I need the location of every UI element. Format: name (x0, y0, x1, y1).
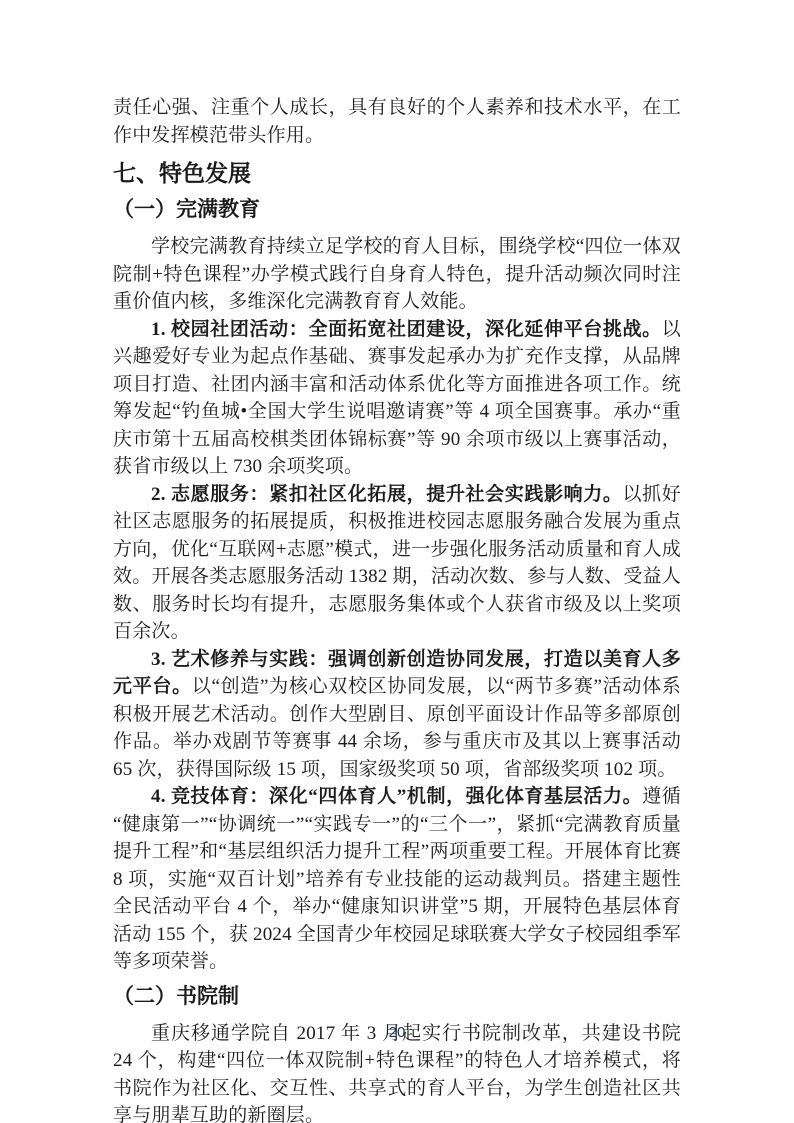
paragraph-4-text: 遵循“健康第一”“协调统一”“实践专一”的“三个一”，紧抓“完满教育质量提升工程… (113, 786, 681, 972)
subsection-heading-shuyuan-system: （二）书院制 (113, 983, 681, 1011)
paragraph-2-lead: 2. 志愿服务：紧扣社区化拓展，提升社会实践影响力。 (151, 484, 623, 505)
paragraph-1-text: 以兴趣爱好专业为起点作基础、赛事发起承办为扩充作支撑，从品牌项目打造、社团内涵丰… (113, 319, 681, 478)
numbered-paragraph-2: 2. 志愿服务：紧扣社区化拓展，提升社会实践影响力。以抓好社区志愿服务的拓展提质… (113, 481, 681, 646)
subsection-heading-wanman-education: （一）完满教育 (113, 196, 681, 224)
page-footer: 20 (0, 1024, 794, 1042)
document-page: 责任心强、注重个人成长，具有良好的个人素养和技术水平，在工作中发挥模范带头作用。… (0, 0, 794, 1123)
page-number: 20 (389, 1024, 406, 1041)
paragraph-3-text: 以“创造”为核心双校区协同发展，以“两节多赛”活动体系积极开展艺术活动。创作大型… (113, 676, 681, 780)
section-heading: 七、特色发展 (113, 159, 681, 187)
paragraph-1-lead: 1. 校园社团活动：全面拓宽社团建设，深化延伸平台挑战。 (151, 319, 662, 340)
paragraph-4-lead: 4. 竞技体育：深化“四体育人”机制，强化体育基层活力。 (151, 786, 642, 807)
paragraph-2-text: 以抓好社区志愿服务的拓展提质，积极推进校园志愿服务融合发展为重点方向，优化“互联… (113, 484, 681, 643)
paragraph-sub1-intro: 学校完满教育持续立足学校的育人目标，围绕学校“四位一体双院制+特色课程”办学模式… (113, 233, 681, 316)
page-content: 责任心强、注重个人成长，具有良好的个人素养和技术水平，在工作中发挥模范带头作用。… (113, 94, 681, 1123)
numbered-paragraph-1: 1. 校园社团活动：全面拓宽社团建设，深化延伸平台挑战。以兴趣爱好专业为起点作基… (113, 316, 681, 481)
numbered-paragraph-3: 3. 艺术修养与实践：强调创新创造协同发展，打造以美育人多元平台。以“创造”为核… (113, 646, 681, 784)
paragraph-continuation: 责任心强、注重个人成长，具有良好的个人素养和技术水平，在工作中发挥模范带头作用。 (113, 94, 681, 149)
numbered-paragraph-4: 4. 竞技体育：深化“四体育人”机制，强化体育基层活力。遵循“健康第一”“协调统… (113, 783, 681, 976)
